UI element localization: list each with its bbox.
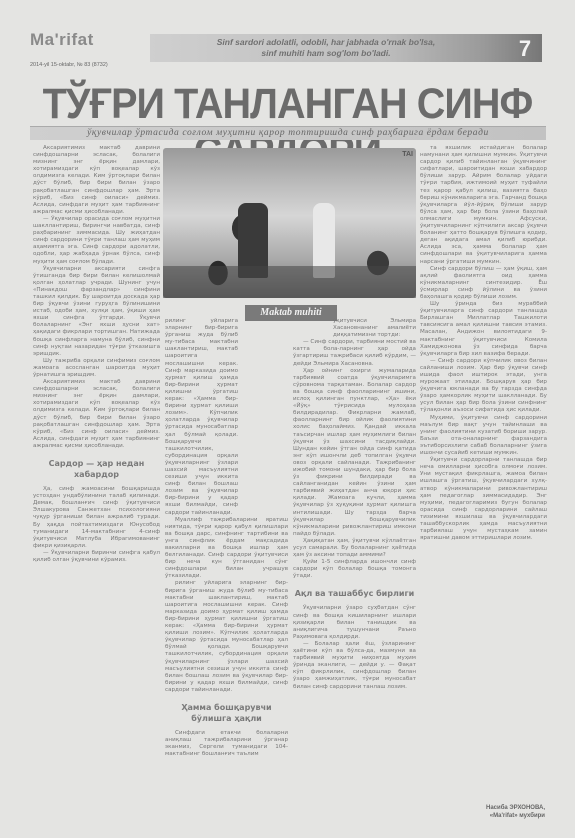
quote-banner: Sinf sardori adolatli, odobli, har jabha… xyxy=(150,34,542,62)
article-column-4: та яхшилик истайдиган болалар намунани ҳ… xyxy=(420,145,547,835)
paragraph: Ўқитувчи сардорларни танлашда бир неча о… xyxy=(420,457,547,542)
article-subheadline: ўқувчилар ўртасида соғлом муҳитни қарор … xyxy=(30,126,546,140)
byline-role: «Ma'rifat» мухбири xyxy=(440,812,545,820)
paragraph: — Ўқувчиларни биринчи синфга қабул қилиб… xyxy=(33,550,160,564)
paragraph: Ҳақиқатан ҳам, ўқитувчи кўллаётган усул … xyxy=(293,538,416,559)
desks xyxy=(163,266,416,298)
section-heading: Ақл ва ташаббус бирлиги xyxy=(293,588,416,599)
paragraph: — Болалар ҳали ёш, ўзларининг ҳаётини кў… xyxy=(293,641,416,691)
banner-quote-line1: Sinf sardori adolatli, odobli, har jabha… xyxy=(150,37,502,48)
article-column-3: ўқитувчиси Эльмира Хасановнанинг амалиёт… xyxy=(293,318,416,838)
newspaper-page: Ma'rifat 2014-yil 15-oktabr, № 83 (8732)… xyxy=(0,0,575,838)
paragraph: Муҳими, ўқитувчи синф сардорини маълум б… xyxy=(420,415,547,458)
paragraph: Қуйи 1-5 синфларда ишончли синф сардори … xyxy=(293,559,416,580)
paragraph: Аксариятимиз мактаб даврини синфдошларни… xyxy=(33,145,160,216)
paragraph: Ўқувчиларни ўзаро суҳбатдан сўнг синф ва… xyxy=(293,605,416,640)
paragraph: Муаллиф тажрибаларини яратиш ниятида, тў… xyxy=(165,517,288,581)
paragraph: та яхшилик истайдиган болалар намунани ҳ… xyxy=(420,145,547,266)
paragraph: — Синф сардори кўпчилик овоз билан сайла… xyxy=(420,358,547,415)
article-column-2: рилинг уйларига эларнинг бир-бирига ўрга… xyxy=(165,318,288,838)
paragraph: Синф сардори бўлиш — ҳам ўқиш, ҳам ақлий… xyxy=(420,266,547,301)
photo-corner-text: TAI xyxy=(402,151,413,158)
banner-quote: Sinf sardori adolatli, odobli, har jabha… xyxy=(150,34,542,59)
paragraph: Аксариятимиз мактаб даврини синфдошларни… xyxy=(33,379,160,450)
banner-quote-line2: sinf muhiti ham sog'lom bo'ladi. xyxy=(150,48,502,59)
issue-dateline: 2014-yil 15-oktabr, № 83 (8732) xyxy=(30,62,108,68)
page-number: 7 xyxy=(510,36,540,62)
paragraph: ўқитувчиси Эльмира Хасановнанинг амалиёт… xyxy=(293,318,416,339)
paragraph: Ҳа, синф жамоасини бошқаришда устоздан у… xyxy=(33,486,160,550)
publication-logo: Ma'rifat xyxy=(30,30,94,50)
paragraph: Синфдаги етакчи болаларни аниқлаш тажриб… xyxy=(165,730,288,758)
article-column-1: Аксариятимиз мактаб даврини синфдошларни… xyxy=(33,145,160,835)
paragraph: рилинг уйларига эларнинг бир-бирига ўрга… xyxy=(165,580,288,694)
byline: Насиба ЭРХОНОВА, «Ma'rifat» мухбири xyxy=(440,804,545,820)
classroom-photo: TAI xyxy=(163,148,416,298)
paragraph: Ҳар ойнинг охирги жумаларида тарбиявий с… xyxy=(293,368,416,538)
paragraph: рилинг уйларига эларнинг бир-бирига ўрга… xyxy=(165,318,288,517)
paragraph: Шу тажриба орқали синфимиз соғлом жамоаг… xyxy=(33,358,160,379)
byline-name: Насиба ЭРХОНОВА, xyxy=(440,804,545,812)
paragraph: Ўқувчиларни аксарияти синфга ўтишганда б… xyxy=(33,266,160,358)
paragraph: — Ўқувчилар орасида соғлом муҳитни шаклл… xyxy=(33,216,160,266)
section-heading: Сардор — ҳар недан хабардор xyxy=(33,458,160,480)
section-heading: Ҳамма бошқарувчи бўлишга ҳақли xyxy=(165,702,288,724)
paragraph: Шу ўринда биз мураббий ўқитувчиларга син… xyxy=(420,301,547,358)
paragraph: — Синф сардори, тарбияни мостий ва катта… xyxy=(293,339,416,367)
